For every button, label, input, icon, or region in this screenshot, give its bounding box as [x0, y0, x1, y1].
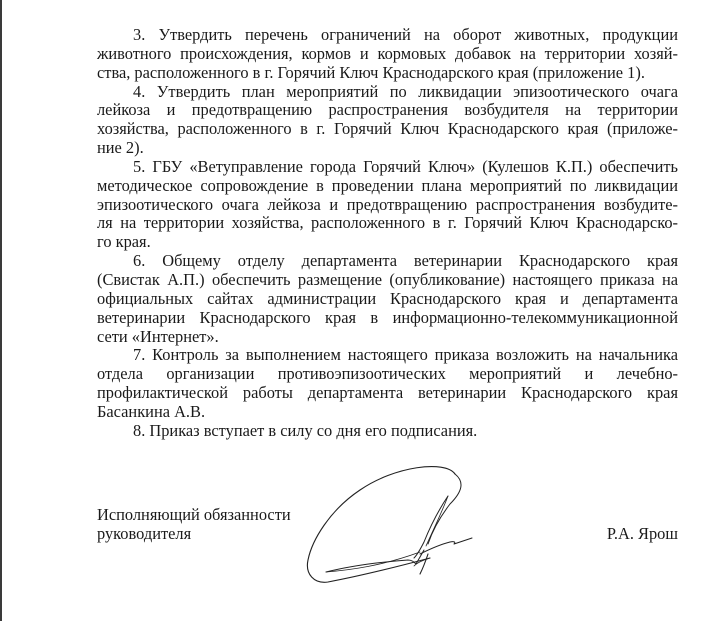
text-line: ветеринарии Краснодарского края в информ…	[97, 309, 678, 328]
document-body: 3. Утвердить перечень ограничений на обо…	[97, 26, 678, 441]
text-line: 4. Утвердить план мероприятий по ликвида…	[97, 83, 678, 102]
signer-position: Исполняющий обязанности руководителя	[97, 505, 291, 543]
text-line: сети «Интернет».	[97, 328, 678, 347]
text-line: эпизоотического очага лейкоза и предотвр…	[97, 196, 678, 215]
text-line: 3. Утвердить перечень ограничений на обо…	[97, 26, 678, 45]
text-line: 7. Контроль за выполнением настоящего пр…	[97, 346, 678, 365]
text-line: 5. ГБУ «Ветуправление города Горячий Клю…	[97, 158, 678, 177]
text-line: ля на территории хозяйства, расположенно…	[97, 214, 678, 233]
text-line: отдела организации противоэпизоотических…	[97, 365, 678, 384]
text-line: хозяйства, расположенного в г. Горячий К…	[97, 120, 678, 139]
paragraph-7: 7. Контроль за выполнением настоящего пр…	[97, 346, 678, 421]
text-line: 6. Общему отделу департамента ветеринари…	[97, 252, 678, 271]
paragraph-5: 5. ГБУ «Ветуправление города Горячий Клю…	[97, 158, 678, 252]
signer-position-line1: Исполняющий обязанности	[97, 505, 291, 524]
text-line: животного происхождения, кормов и кормов…	[97, 45, 678, 64]
handwritten-signature-icon	[300, 462, 475, 592]
text-line: ние 2).	[97, 139, 678, 158]
text-line: методическое сопровождение в проведении …	[97, 177, 678, 196]
paragraph-4: 4. Утвердить план мероприятий по ликвида…	[97, 83, 678, 158]
paragraph-3: 3. Утвердить перечень ограничений на обо…	[97, 26, 678, 83]
text-line: Басанкина А.В.	[97, 403, 678, 422]
text-line: ства, расположенного в г. Горячий Ключ К…	[97, 64, 678, 83]
text-line: го края.	[97, 233, 678, 252]
page-edge-border	[0, 0, 2, 621]
text-line: лейкоза и предотвращению распространения…	[97, 101, 678, 120]
paragraph-8: 8. Приказ вступает в силу со дня его под…	[97, 422, 678, 441]
text-line: 8. Приказ вступает в силу со дня его под…	[97, 422, 678, 441]
text-line: официальных сайтах администрации Краснод…	[97, 290, 678, 309]
text-line: (Свистак А.П.) обеспечить размещение (оп…	[97, 271, 678, 290]
text-line: профилактической работы департамента вет…	[97, 384, 678, 403]
signer-position-line2: руководителя	[97, 524, 291, 543]
paragraph-6: 6. Общему отделу департамента ветеринари…	[97, 252, 678, 346]
signer-name: Р.А. Ярош	[607, 524, 678, 543]
